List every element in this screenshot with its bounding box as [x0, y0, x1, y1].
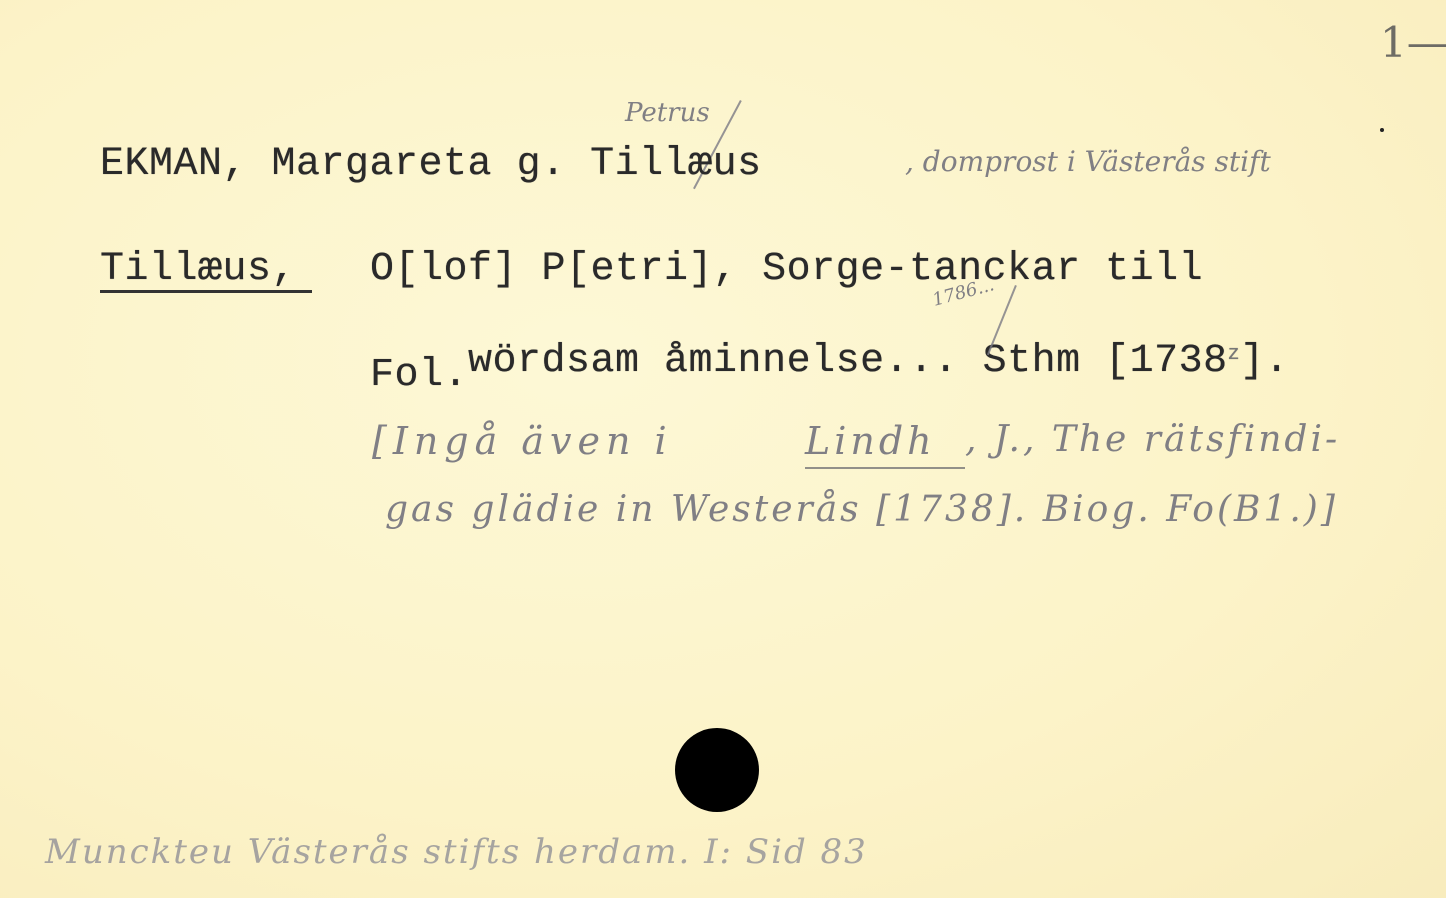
stray-mark [1380, 128, 1384, 132]
year-query: z [1228, 343, 1241, 366]
entry-line2-end: ]. [1240, 339, 1289, 384]
footer-source-note: Munckteu Västerås stifts herdam. I: Sid … [45, 835, 868, 869]
corner-mark: 1— [1380, 22, 1446, 64]
author-underline [100, 290, 312, 293]
note-line1-rest: , J., The rätsfindi- [965, 422, 1340, 458]
note-link-underline [805, 467, 965, 469]
catalog-card: 1— Petrus EKMAN, Margareta g. Tillæus , … [0, 0, 1446, 898]
heading-insertion: Petrus [625, 100, 710, 126]
punch-hole [675, 728, 759, 812]
entry-line2-text: wördsam åminnelse... Sthm [1738 [468, 339, 1228, 384]
entry-author: Tillæus, [100, 250, 296, 290]
entry-title-line1: O[lof] P[etri], Sorge-tanckar till [370, 250, 1203, 290]
note-line2: gas glädie in Westerås [1738]. Biog. Fo(… [385, 492, 1338, 528]
heading-annotation: , domprost i Västerås stift [905, 148, 1271, 176]
note-link-lindh: Lindh [805, 422, 936, 460]
entry-title-line2: wördsam åminnelse... Sthm [1738z]. [370, 302, 1289, 422]
heading-name: EKMAN, Margareta g. Tillæus [100, 145, 762, 185]
entry-format: Fol. [370, 356, 468, 396]
note-line1-prefix: [Ingå även i [372, 422, 673, 460]
